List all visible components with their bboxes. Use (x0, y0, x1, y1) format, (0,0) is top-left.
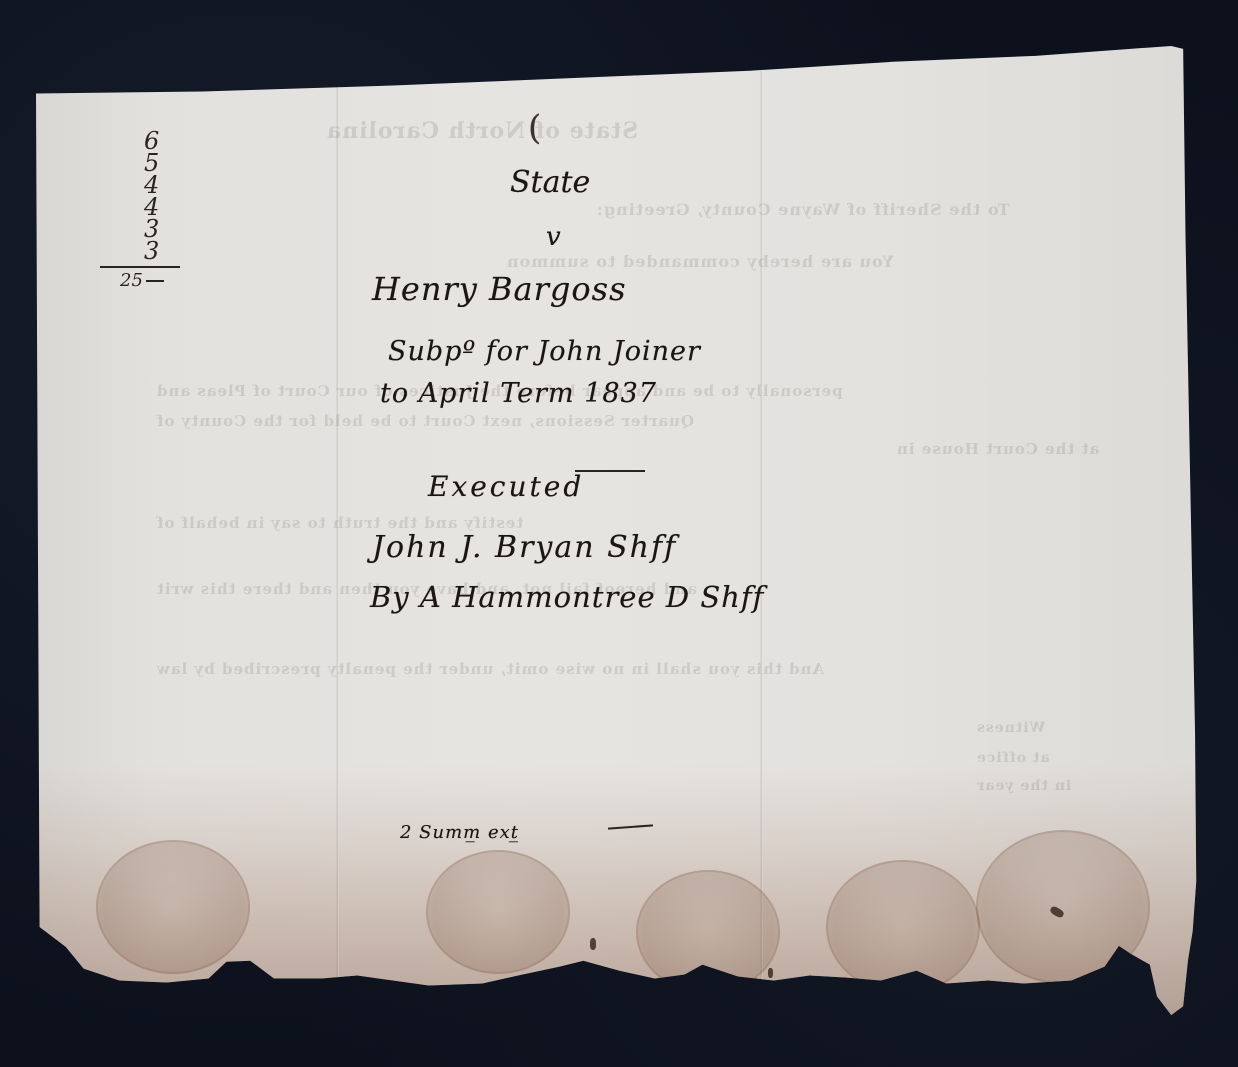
fold-crease-right (760, 40, 763, 1030)
tally-column: 6 5 4 4 3 3 25 (100, 130, 180, 291)
showthrough-line: To the Sheriff of Wayne County, Greeting… (596, 200, 1010, 219)
tally-total: 25 (100, 270, 180, 291)
caption-versus: v (546, 222, 561, 252)
executed-flourish (575, 470, 645, 472)
showthrough-line: at the Court House in (896, 440, 1099, 458)
executed-label: Executed (428, 470, 584, 503)
total-dash (146, 280, 164, 282)
ink-blot (768, 968, 773, 978)
tally-number: 5 (100, 152, 180, 174)
caption-purpose: Subpº for John Joiner (388, 336, 701, 367)
caption-defendant: Henry Bargoss (372, 270, 626, 308)
showthrough-line: You are hereby commanded to summon (506, 252, 894, 271)
top-mark: ( (528, 108, 541, 148)
showthrough-heading: State of North Carolina (326, 118, 638, 144)
caption-term: to April Term 1837 (380, 378, 657, 409)
caption-plaintiff: State (510, 165, 590, 200)
water-stain (426, 850, 570, 974)
fold-crease-left (336, 40, 339, 1030)
signature-sheriff: John J. Bryan Shff (372, 530, 677, 565)
water-stain (636, 870, 780, 994)
service-note: 2 Summ̲ ext̲ (400, 822, 519, 843)
sum-rule (100, 266, 180, 268)
tally-total-value: 25 (120, 270, 143, 291)
showthrough-line: at office (976, 750, 1050, 766)
water-stain (976, 830, 1150, 984)
tally-number: 3 (100, 240, 180, 262)
water-stain (826, 860, 980, 994)
showthrough-line: in the year (976, 778, 1071, 794)
tally-number: 3 (100, 218, 180, 240)
signature-deputy: By A Hammontree D Shff (370, 580, 764, 614)
tally-number: 4 (100, 174, 180, 196)
tally-number: 6 (100, 130, 180, 152)
tally-number: 4 (100, 196, 180, 218)
water-stain (96, 840, 250, 974)
showthrough-line: Witness (976, 720, 1045, 736)
ink-blot (590, 938, 596, 950)
showthrough-line: Quarter Sessions, next Court to be held … (156, 412, 694, 430)
showthrough-line: And this you shall in no wise omit, unde… (156, 660, 824, 678)
